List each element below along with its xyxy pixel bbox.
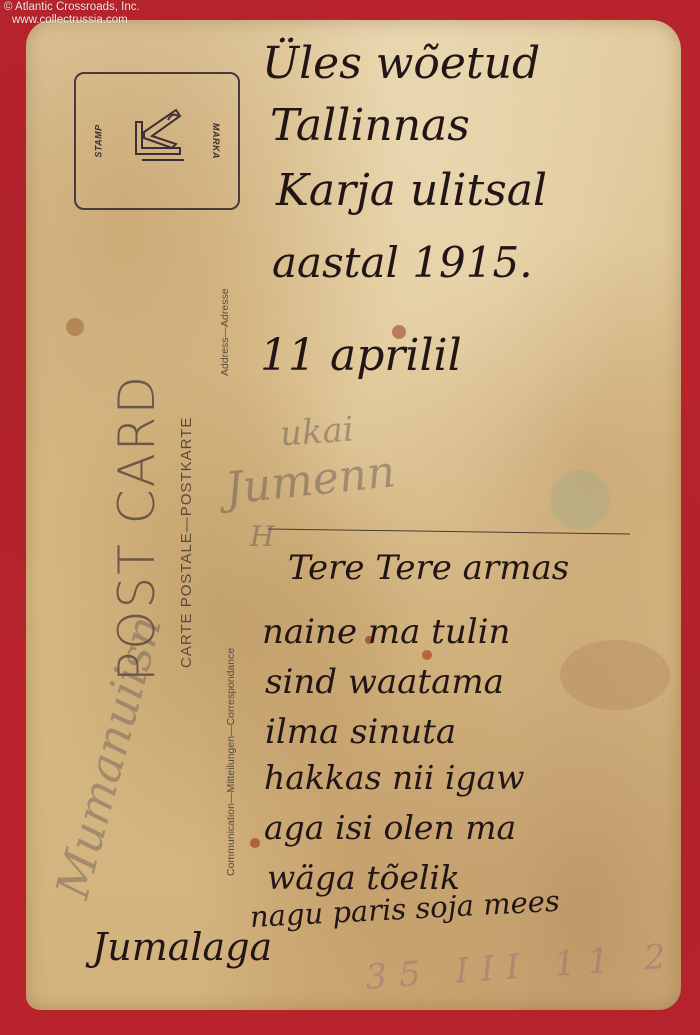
- carte-postale-subtitle: CARTE POSTALE—POSTKARTE: [178, 417, 195, 668]
- handwritten-message-line: naine ma tulin: [262, 612, 510, 652]
- address-label: Address—Adresse: [219, 288, 231, 376]
- stain: [550, 470, 610, 530]
- communication-label: Communication—Mitteilungen—Correspondanc…: [225, 648, 237, 876]
- publisher-monogram-icon: [124, 102, 194, 172]
- handwritten-message-line: hakkas nii igaw: [264, 758, 524, 797]
- stamp-label: STAMP: [94, 124, 104, 157]
- handwritten-header-line: Üles wõetud: [262, 38, 540, 89]
- handwritten-header-line: 11 aprilil: [260, 330, 462, 381]
- stain: [66, 318, 84, 336]
- handwritten-header-line: Karja ulitsal: [276, 165, 547, 216]
- copyright-watermark: © Atlantic Crossroads, Inc. www.collectr…: [4, 1, 140, 27]
- pencil-mark: H: [250, 520, 274, 553]
- pencil-mark: ukai: [279, 409, 355, 454]
- handwritten-message-line: ilma sinuta: [265, 712, 456, 752]
- handwritten-message-line: aga isi olen ma: [264, 808, 516, 847]
- watermark-url: www.collectrussia.com: [4, 14, 140, 27]
- stamp-label-marka: MARKA: [211, 123, 221, 159]
- handwritten-message-line: sind waatama: [265, 662, 504, 702]
- handwritten-header-line: aastal 1915.: [272, 238, 533, 287]
- handwritten-message-line: Tere Tere armas: [288, 548, 569, 588]
- handwritten-signoff: Jumalaga: [92, 925, 272, 969]
- stamp-box: STAMP MARKA: [74, 72, 240, 210]
- copyright-text: © Atlantic Crossroads, Inc.: [4, 1, 140, 13]
- handwritten-header-line: Tallinnas: [270, 100, 470, 151]
- stain: [250, 838, 260, 848]
- stain: [560, 640, 670, 710]
